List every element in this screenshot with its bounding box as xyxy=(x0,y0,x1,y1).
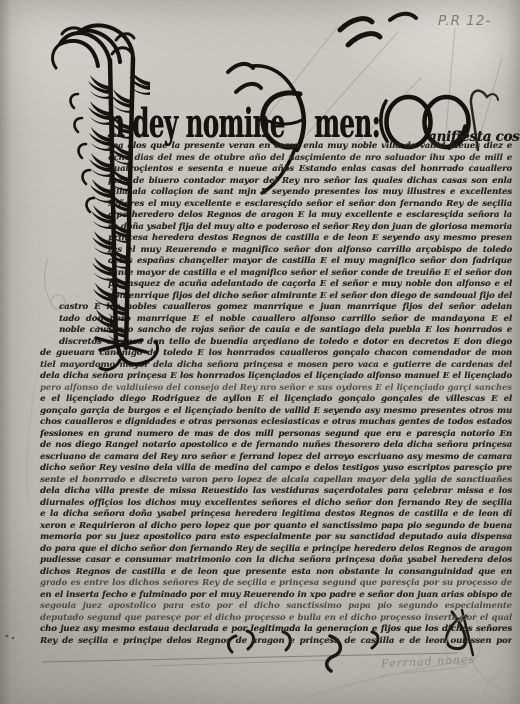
manuscript-line: chos caualleros e dignidades e otras per… xyxy=(40,417,512,429)
manuscript-line: en el inserta fecho e fulminado por el m… xyxy=(40,590,512,602)
manuscript-line: dela dicha villa preste de missa Reuesti… xyxy=(40,486,512,498)
manuscript-line: tes el muy Reuerendo e magnifico señor d… xyxy=(108,245,512,257)
manuscript-line: çipe heredero delos Regnos de aragon E l… xyxy=(108,210,512,222)
heading-text-amen: men: xyxy=(314,101,380,148)
manuscript-line: diurnales offiçios los dichos muy excell… xyxy=(40,498,512,510)
manuscript-line: segouia juez apostolico para esto por el… xyxy=(40,601,512,613)
manuscript-line: escriuano de camara del Rey nro señor e … xyxy=(40,452,512,464)
manuscript-line: cho juez asy mesmo estaua declarada e po… xyxy=(40,624,512,636)
manuscript-page: P.R 12- xyxy=(0,0,520,704)
archive-shelfmark: P.R 12- xyxy=(438,13,491,29)
manuscript-line: deputado segund que paresçe por el dicho… xyxy=(40,613,512,625)
manuscript-line: fessiones en grand numero de mas de dos … xyxy=(40,429,512,441)
manuscript-line: dicho señor Rey vesino dela villa de med… xyxy=(40,463,512,475)
manuscript-line: sente el honrrado e discreto varon pero … xyxy=(40,475,512,487)
manuscript-line: pe vasquez de acuña adelantado de caçorl… xyxy=(108,279,512,291)
manuscript-line: juan de biuero contador mayor del Rey nr… xyxy=(108,176,512,188)
manuscript-line: señores el muy excellente e esclaresçido… xyxy=(108,199,512,211)
manuscript-line: villa ala collaçion de sant mjn E seyend… xyxy=(108,187,512,199)
manuscript-line: ocho dias del mes de otubre año del nasç… xyxy=(108,153,512,165)
manuscript-line: grado es entre los dichos señores Rey de… xyxy=(40,578,512,590)
manuscript-line: pero alfonso de valdiuieso del consejo d… xyxy=(40,383,512,395)
manuscript-line: don enrrique fijos del dicho señor almir… xyxy=(108,291,512,303)
manuscript-line: prinçesa heredera destos Regnos de casti… xyxy=(108,233,512,245)
manuscript-line: ra doña ysabel fija del muy alto e poder… xyxy=(108,222,512,234)
manuscript-line: dichos Regnos de castilla e de leon que … xyxy=(40,567,512,579)
manuscript-line: quatroçientos e sesenta e nueue años Est… xyxy=(108,164,512,176)
manuscript-line: pudiesse casar e consumar matrimonio con… xyxy=(40,555,512,567)
illuminated-initial-i-icon xyxy=(38,16,168,376)
manuscript-line: gonçalo garçia de burgos e el liçençiado… xyxy=(40,406,512,418)
heading-text-manifiesta: anifiesta cosa xyxy=(428,129,520,145)
manuscript-line: de nos diego Rangel notario apostolico e… xyxy=(40,440,512,452)
manuscript-line: xeron e Requirieron al dicho pero lopez … xyxy=(40,521,512,533)
manuscript-line: rante mayor de castilla e el magnifico s… xyxy=(108,268,512,280)
manuscript-line: Rey de seçilia e prinçipe delos Regnos d… xyxy=(40,636,512,648)
manuscript-line: memoria por su juez apostolico para esto… xyxy=(40,532,512,544)
manuscript-line: do para que el dicho señor don fernando … xyxy=(40,544,512,556)
manuscript-line: e la dicha señora doña ysabel prinçesa h… xyxy=(40,509,512,521)
heading-text-in-dei-nomine: n dey nomine xyxy=(107,101,285,148)
margin-dots xyxy=(6,635,15,640)
manuscript-line: delas españas chançeller mayor de castil… xyxy=(108,256,512,268)
manuscript-line: e el liçençiado diego Rodriguez de ayllo… xyxy=(40,394,512,406)
